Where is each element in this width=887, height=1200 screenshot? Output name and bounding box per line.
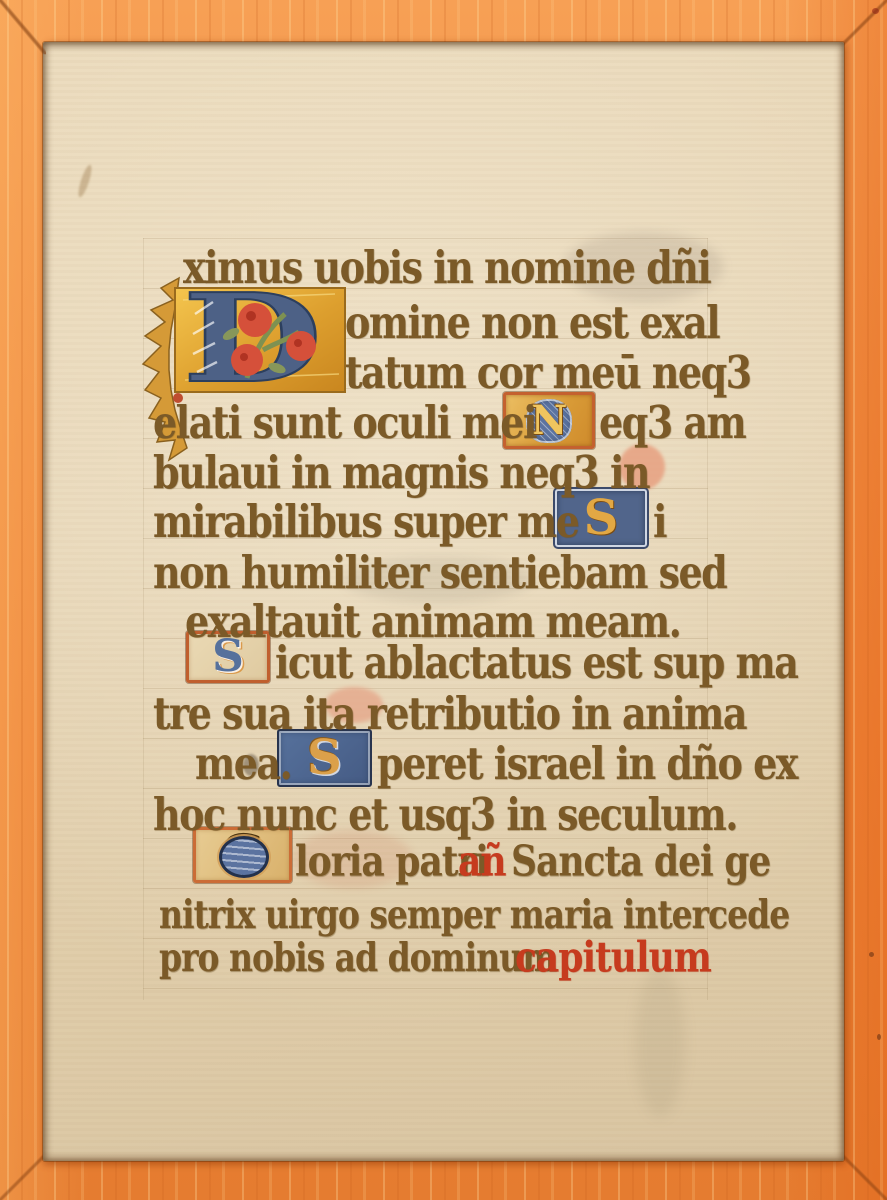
rubric-capitulum: capitulum bbox=[515, 936, 711, 978]
frame-speck bbox=[869, 952, 874, 957]
frame-speck bbox=[872, 8, 879, 14]
text-line-7: non humiliter sentiebam sed bbox=[153, 550, 726, 595]
text-line-10: tre sua ita retributio in anima bbox=[153, 691, 746, 736]
text-line-6b: i bbox=[653, 499, 666, 544]
red-flower bbox=[238, 303, 272, 337]
initial-letter-s: S bbox=[584, 494, 619, 542]
text-line-9: icut ablactatus est sup ma bbox=[275, 640, 797, 685]
text-line-12: hoc nunc et usq3 in seculum. bbox=[153, 792, 737, 837]
text-line-2: omine non est exal bbox=[345, 300, 719, 345]
text-line-15a: pro nobis ad dominum bbox=[159, 938, 556, 977]
text-line-4b: eq3 am bbox=[599, 400, 745, 445]
water-stain bbox=[635, 967, 685, 1117]
frame-mitre-bottom-right bbox=[841, 1154, 887, 1200]
text-line-4a: elati sunt oculi mei bbox=[153, 400, 536, 445]
flower-center bbox=[246, 311, 256, 321]
text-line-13b: Sancta dei ge bbox=[511, 840, 770, 882]
scratch-mark bbox=[76, 164, 94, 199]
flower-center bbox=[294, 339, 302, 347]
frame-speck bbox=[877, 1034, 881, 1040]
initial-letter-n: N bbox=[531, 401, 568, 441]
red-flower bbox=[231, 344, 263, 376]
text-line-1: ximus uobis in nomine dñi bbox=[183, 245, 710, 290]
framed-manuscript-photo: D N S S S G xim bbox=[0, 0, 887, 1200]
text-line-11a: mea. bbox=[195, 741, 291, 786]
text-line-14: nitrix uirgo semper maria intercede bbox=[159, 895, 789, 934]
text-line-11b: peret israel in dño ex bbox=[377, 741, 797, 786]
text-line-3: tatum cor meū neq3 bbox=[345, 350, 751, 395]
vellum-leaf: D N S S S G xim bbox=[43, 42, 844, 1161]
flower-center bbox=[240, 353, 248, 361]
frame-mitre-bottom-left bbox=[0, 1154, 46, 1200]
text-line-5: bulaui in magnis neq3 in bbox=[153, 450, 649, 495]
frame-mitre-top-right bbox=[841, 0, 887, 46]
rubric-antiphon-mark: añ bbox=[458, 840, 506, 882]
initial-letter-s: S bbox=[307, 734, 342, 782]
blue-medallion bbox=[222, 839, 266, 875]
text-line-6a: mirabilibus super me bbox=[153, 499, 578, 544]
red-flower bbox=[286, 331, 316, 361]
frame-mitre-top-left bbox=[0, 0, 46, 54]
